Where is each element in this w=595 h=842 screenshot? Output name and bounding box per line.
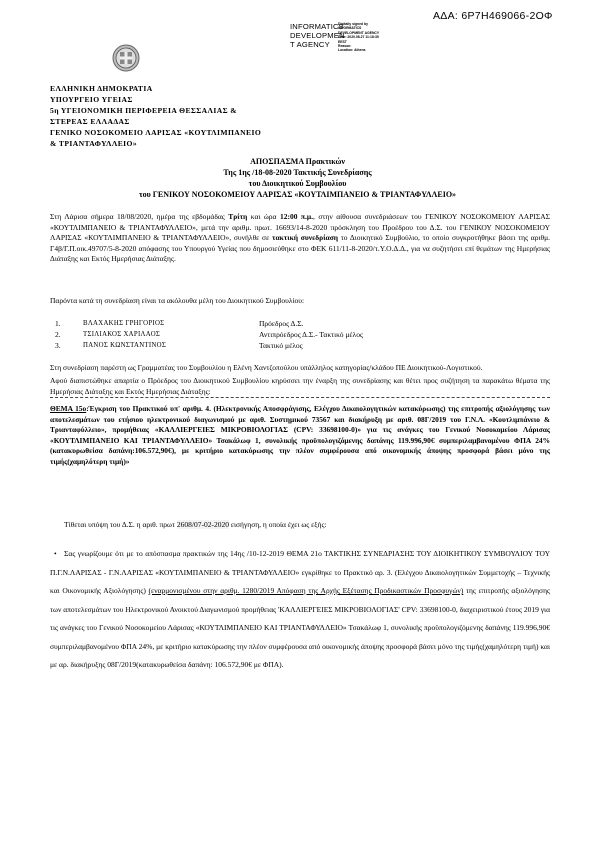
proposal-text: εισήγηση, η οποία έχει ως εξής:: [229, 520, 327, 529]
section-divider: [50, 397, 550, 398]
member-number: 2.: [55, 329, 83, 340]
bullet-paragraph: • Σας γνωρίζουμε ότι με το απόσπασμα πρα…: [50, 545, 550, 675]
digital-signature: Digitally signed by INFORMATICS DEVELOPM…: [338, 22, 379, 53]
quorum-text: Αφού διαπιστώθηκε απαρτία ο Πρόεδρος του…: [50, 376, 550, 397]
ada-code: ΑΔΑ: 6Ρ7Η469066-2ΟΦ: [433, 10, 553, 22]
session-type: τακτική συνεδρίαση: [272, 233, 338, 242]
issuer-line: & ΤΡΙΑΝΤΑΦΥΛΛΕΙΟ»: [50, 138, 261, 149]
members-list: 1. ΒΛΑΧΑΚΗΣ ΓΡΗΓΟΡΙΟΣ Πρόεδρος Δ.Σ. 2. Τ…: [55, 318, 363, 351]
intro-text: Στη Λάρισα σήμερα 18/08/2020, ημέρα της …: [50, 212, 228, 221]
member-number: 3.: [55, 340, 83, 351]
bullet-icon: •: [54, 549, 64, 558]
title-line: του Διοικητικού Συμβουλίου: [0, 178, 595, 189]
member-name: ΠΑΝΟΣ ΚΩΝΣΤΑΝΤΙΝΟΣ: [83, 340, 259, 351]
issuer-line: ΓΕΝΙΚΟ ΝΟΣΟΚΟΜΕΙΟ ΛΑΡΙΣΑΣ «ΚΟΥΤΛΙΜΠΑΝΕΙΟ: [50, 127, 261, 138]
issuer-line: 5η ΥΓΕΙΟΝΟΜΙΚΗ ΠΕΡΙΦΕΡΕΙΑ ΘΕΣΣΑΛΙΑΣ &: [50, 105, 261, 116]
intro-text: και ώρα: [247, 212, 280, 221]
subject-label: ΘΕΜΑ 15ο: [50, 404, 86, 413]
member-row: 2. ΤΣΙΛΙΑΚΟΣ ΧΑΡΙΛΑΟΣ Αντιπρόεδρος Δ.Σ.-…: [55, 329, 363, 340]
coat-of-arms-icon: [112, 44, 140, 72]
member-role: Τακτικό μέλος: [259, 340, 303, 351]
member-number: 1.: [55, 318, 83, 329]
subject-paragraph: ΘΕΜΑ 15ο:Έγκριση του Πρακτικού υπ' αριθμ…: [50, 404, 550, 467]
member-row: 3. ΠΑΝΟΣ ΚΩΝΣΤΑΝΤΙΝΟΣ Τακτικό μέλος: [55, 340, 363, 351]
agency-line: T AGENCY: [290, 40, 345, 49]
title-line: Της 1ης /18-08-2020 Τακτικής Συνεδρίασης: [0, 167, 595, 178]
agency-name: INFORMATICS DEVELOPMEN T AGENCY: [290, 22, 345, 49]
member-role: Πρόεδρος Δ.Σ.: [259, 318, 303, 329]
proposal-paragraph: Τίθεται υπόψη του Δ.Σ. η αριθ. πρωτ 2608…: [64, 520, 550, 531]
meeting-day: Τρίτη: [228, 212, 247, 221]
issuer-line: ΥΠΟΥΡΓΕΙΟ ΥΓΕΙΑΣ: [50, 94, 261, 105]
members-intro: Παρόντα κατά τη συνεδρίαση είναι τα ακόλ…: [50, 296, 550, 307]
signature-line: Date: 2020.08.27 11:18:35: [338, 35, 379, 39]
signature-line: Location: Athens: [338, 48, 379, 52]
issuer-line: ΕΛΛΗΝΙΚΗ ΔΗΜΟΚΡΑΤΙΑ: [50, 83, 261, 94]
intro-paragraph: Στη Λάρισα σήμερα 18/08/2020, ημέρα της …: [50, 212, 550, 265]
issuer-line: ΣΤΕΡΕΑΣ ΕΛΛΑΔΑΣ: [50, 116, 261, 127]
proposal-text: Τίθεται υπόψη του Δ.Σ. η αριθ. πρωτ: [64, 520, 177, 529]
title-line: του ΓΕΝΙΚΟΥ ΝΟΣΟΚΟΜΕΙΟΥ ΛΑΡΙΣΑΣ «ΚΟΥΤΛΙΜ…: [0, 189, 595, 200]
proposal-reference: 2608/07-02-2020: [177, 520, 229, 529]
member-name: ΒΛΑΧΑΚΗΣ ΓΡΗΓΟΡΙΟΣ: [83, 318, 259, 329]
agency-line: DEVELOPMEN: [290, 31, 345, 40]
title-line: ΑΠΟΣΠΑΣΜΑ Πρακτικών: [0, 156, 595, 167]
secretary-paragraph: Στη συνεδρίαση παρέστη ως Γραμματέας του…: [50, 363, 550, 374]
member-role: Αντιπρόεδρος Δ.Σ.- Τακτικό μέλος: [259, 329, 363, 340]
document-title: ΑΠΟΣΠΑΣΜΑ Πρακτικών Της 1ης /18-08-2020 …: [0, 156, 595, 200]
bullet-underlined-ref: (εναρμονισμένου στην αριθμ. 1280/2019 Απ…: [149, 586, 464, 595]
member-name: ΤΣΙΛΙΑΚΟΣ ΧΑΡΙΛΑΟΣ: [83, 329, 259, 340]
issuer-block: ΕΛΛΗΝΙΚΗ ΔΗΜΟΚΡΑΤΙΑ ΥΠΟΥΡΓΕΙΟ ΥΓΕΙΑΣ 5η …: [50, 83, 261, 149]
subject-text: :Έγκριση του Πρακτικού υπ' αριθμ. 4. (Ηλ…: [50, 404, 550, 466]
member-row: 1. ΒΛΑΧΑΚΗΣ ΓΡΗΓΟΡΙΟΣ Πρόεδρος Δ.Σ.: [55, 318, 363, 329]
bullet-text: της επιτροπής αξιολόγησης των αποτελεσμά…: [50, 586, 550, 669]
agency-line: INFORMATICS: [290, 22, 345, 31]
meeting-time: 12:00 π.μ.: [280, 212, 313, 221]
